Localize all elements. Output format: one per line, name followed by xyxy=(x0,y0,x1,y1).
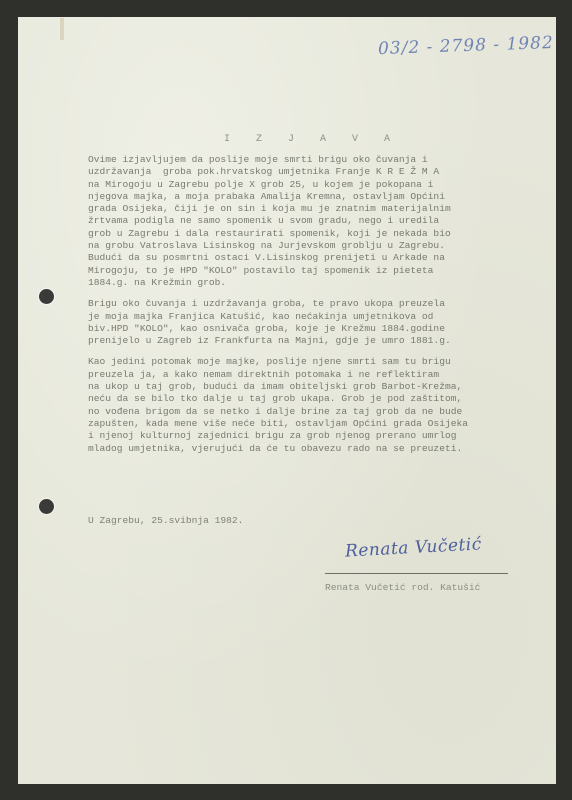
punch-hole xyxy=(39,289,54,304)
text-line: na Mirogoju u Zagrebu polje X grob 25, u… xyxy=(88,179,548,191)
signer-typed-name: Renata Vučetić rod. Katušić xyxy=(325,582,480,593)
statement-paragraph: Ovime izjavljujem da poslije moje smrti … xyxy=(88,154,548,289)
paper-stain xyxy=(60,18,64,40)
text-line: neću da se bilo tko dalje u taj grob uka… xyxy=(88,393,548,405)
text-line: uzdržavanja groba pok.hrvatskog umjetnik… xyxy=(88,166,548,178)
statement-paragraph: Brigu oko čuvanja i uzdržavanja groba, t… xyxy=(88,298,548,347)
text-line: Mirogoju, to je HPD "KOLO" postavilo taj… xyxy=(88,265,548,277)
statement-body: Ovime izjavljujem da poslije moje smrti … xyxy=(88,154,548,464)
signature-line xyxy=(325,573,508,574)
text-line: na grobu Vatroslava Lisinskog na Jurjevs… xyxy=(88,240,548,252)
text-line: zapušten, kada mene više neće biti, osta… xyxy=(88,418,548,430)
document-title: I Z J A V A xyxy=(0,134,572,145)
text-line: Brigu oko čuvanja i uzdržavanja groba, t… xyxy=(88,298,548,310)
text-line: Budući da su posmrtni ostaci V.Lisinskog… xyxy=(88,252,548,264)
text-line: na ukop u taj grob, budući da imam obite… xyxy=(88,381,548,393)
statement-paragraph: Kao jedini potomak moje majke, poslije n… xyxy=(88,356,548,454)
text-line: no vođena brigom da se netko i dalje bri… xyxy=(88,406,548,418)
text-line: prenijelo u Zagreb iz Frankfurta na Majn… xyxy=(88,335,548,347)
text-line: i njenoj kulturnoj zajednici brigu za gr… xyxy=(88,430,548,442)
text-line: žrtvama podigla ne samo spomenik u svom … xyxy=(88,215,548,227)
place-and-date: U Zagrebu, 25.svibnja 1982. xyxy=(88,515,243,526)
punch-hole xyxy=(39,499,54,514)
text-line: preuzela ja, a kako nemam direktnih poto… xyxy=(88,369,548,381)
text-line: grob u Zagrebu i dala restaurirati spome… xyxy=(88,228,548,240)
text-line: mladog umjetnika, vjerujući da će tu oba… xyxy=(88,443,548,455)
text-line: njegova majka, a moja prabaka Amalija Kr… xyxy=(88,191,548,203)
text-line: biv.HPD "KOLO", kao osnivača groba, koje… xyxy=(88,323,548,335)
text-line: 1884.g. na Krežmin grob. xyxy=(88,277,548,289)
text-line: Kao jedini potomak moje majke, poslije n… xyxy=(88,356,548,368)
text-line: Ovime izjavljujem da poslije moje smrti … xyxy=(88,154,548,166)
text-line: je moja majka Franjica Katušić, kao neća… xyxy=(88,311,548,323)
text-line: grada Osijeka, čiji je on sin i koja mu … xyxy=(88,203,548,215)
